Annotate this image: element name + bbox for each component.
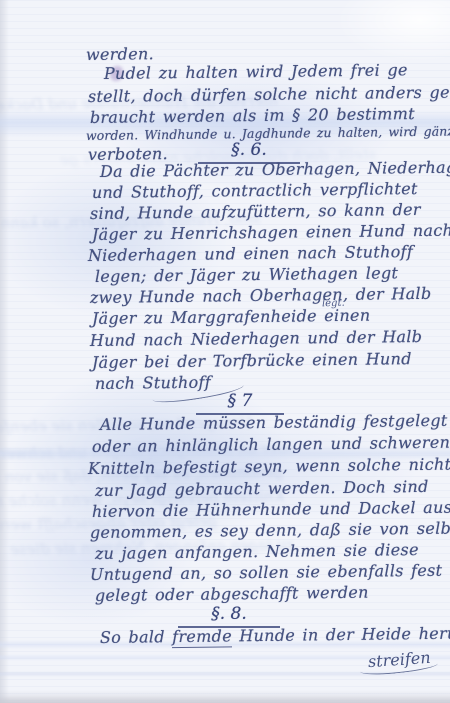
handwritten-line: Pudel zu halten wird Jedem frei ge xyxy=(104,61,408,83)
line-fragment: So bald xyxy=(100,627,173,647)
line-fragment: Hunde in der Heide herum xyxy=(232,623,450,645)
underlined-word: fremde xyxy=(172,626,232,648)
handwritten-line: oder an hinlänglich langen und schweren xyxy=(92,434,450,457)
handwritten-line: genommen, es sey denn, daß sie von selbs… xyxy=(90,519,450,542)
scan-streak xyxy=(0,690,450,703)
handwritten-line: zwey Hunde nach Oberhagen, der Halb xyxy=(90,285,432,308)
handwritten-line: werden. xyxy=(86,45,154,64)
handwritten-line: Jäger zu Henrichshagen einen Hund nach xyxy=(92,222,450,245)
handwritten-line: Niederhagen und einen nach Stuthoff xyxy=(88,243,413,265)
handwritten-line: So bald fremde Hunde in der Heide herum xyxy=(100,624,450,647)
handwritten-line: stellt, doch dürfen solche nicht anders … xyxy=(88,84,450,107)
handwritten-line: legen; der Jäger zu Wiethagen legt xyxy=(95,264,399,286)
manuscript-page: hiervon die Hühnerhunde und Dackel aus s… xyxy=(0,0,450,703)
handwritten-line: Alle Hunde müssen beständig festgelegt xyxy=(100,412,448,435)
handwritten-line: zur Jagd gebraucht werden. Doch sind xyxy=(95,478,429,500)
handwritten-line: zu jagen anfangen. Nehmen sie diese xyxy=(95,541,419,563)
handwritten-line: Knitteln befestigt seyn, wenn solche nic… xyxy=(88,456,450,479)
section-heading-7: § 7 xyxy=(196,392,284,415)
handwritten-line: gelegt oder abgeschafft werden xyxy=(95,584,369,606)
interlinear-insert: legt. xyxy=(322,299,345,310)
section-heading-8: §. 8. xyxy=(178,605,280,628)
handwritten-line: Hund nach Niederhagen und der Halb xyxy=(90,328,423,350)
handwritten-line: Jäger bei der Torfbrücke einen Hund xyxy=(92,350,412,372)
handwritten-line: Untugend an, so sollen sie ebenfalls fes… xyxy=(90,562,443,585)
handwritten-line: hiervon die Hühnerhunde und Dackel aus xyxy=(92,499,450,522)
handwritten-line: Jäger zu Marggrafenheide einen xyxy=(92,307,371,329)
handwritten-line: sind, Hunde aufzufüttern, so kann der xyxy=(90,201,421,223)
handwritten-line: und Stuthoff, contractlich verpflichtet xyxy=(92,180,418,202)
handwritten-line: Da die Pächter zu Oberhagen, Niederhagen xyxy=(100,158,450,181)
